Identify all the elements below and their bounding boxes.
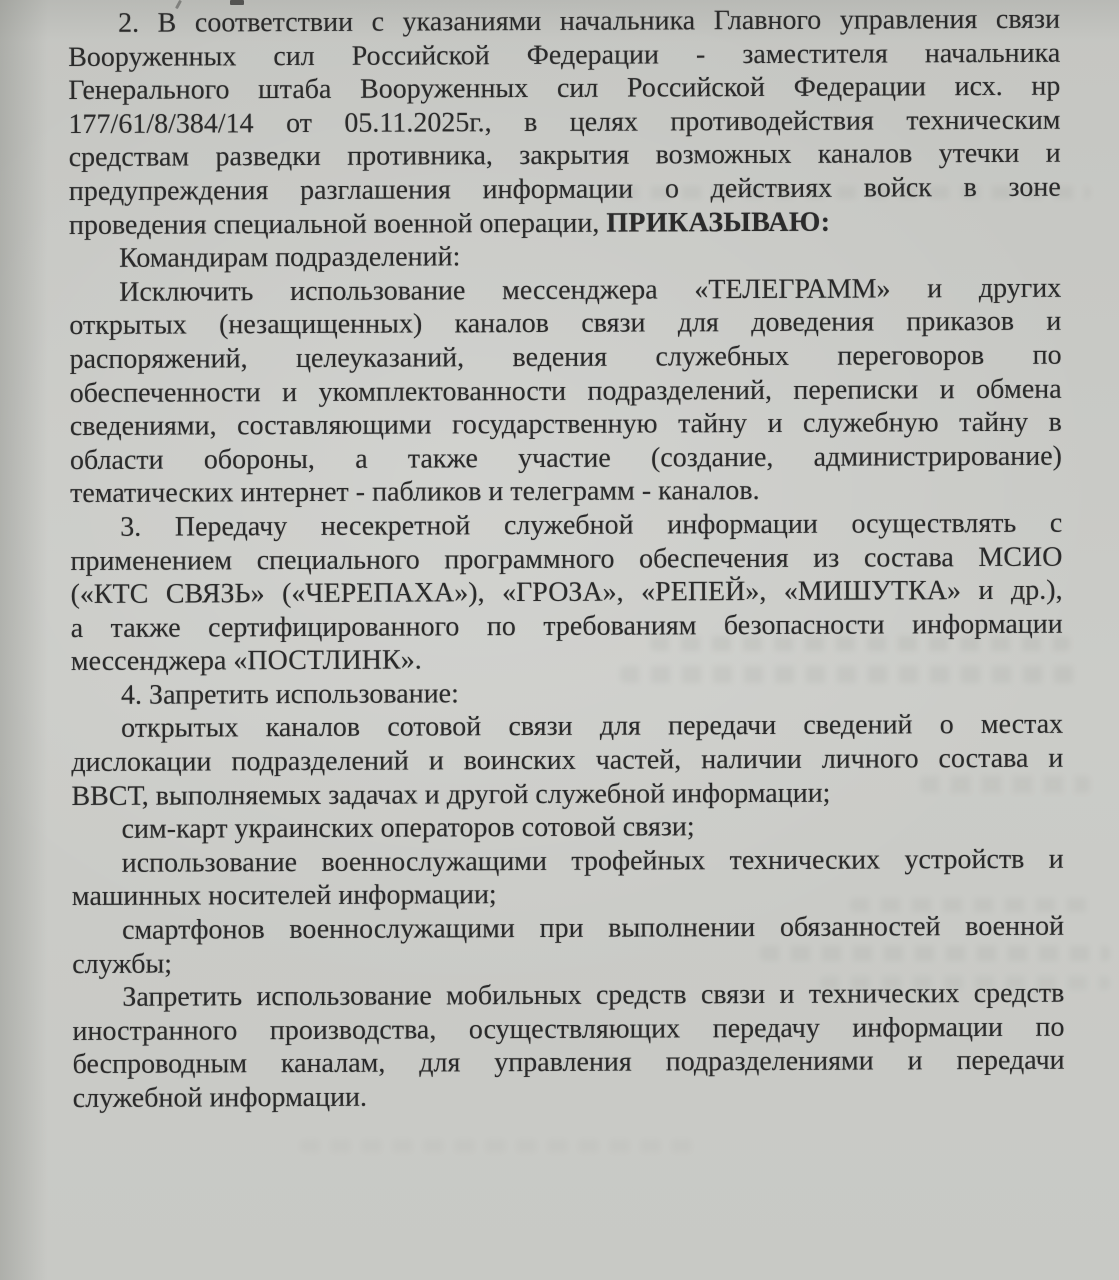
text-line: иностранного производства, осуществляющи… — [72, 1010, 1064, 1048]
text-line: сим-карт украинских операторов сотовой с… — [72, 809, 1064, 847]
text-line: 4. Запретить использование: — [71, 675, 1063, 713]
text-line: Командирам подразделений: — [69, 238, 1061, 276]
text-line: обеспеченности и укомплектованности подр… — [70, 372, 1062, 410]
text-line: служебной информации. — [73, 1078, 1065, 1116]
text-line: открытых (незащищенных) каналов связи дл… — [69, 305, 1061, 343]
text-line: 2. В соответствии с указаниями начальник… — [68, 3, 1060, 41]
text-line: распоряжений, целеуказаний, ведения служ… — [69, 339, 1061, 377]
text-line: Генерального штаба Вооруженных сил Росси… — [68, 70, 1060, 108]
text-line: тематических интернет - пабликов и телег… — [70, 473, 1062, 511]
text-line: мессенджера «ПОСТЛИНК». — [71, 641, 1063, 679]
text-line: дислокации подразделений и воинских част… — [71, 742, 1063, 780]
document-text: 2. В соответствии с указаниями начальник… — [68, 3, 1065, 1116]
text-line: ВВСТ, выполняемых задачах и другой служе… — [71, 775, 1063, 813]
text-line: предупреждения разглашения информации о … — [69, 171, 1061, 209]
text-line: проведения специальной военной операции,… — [69, 204, 1061, 242]
text-line: беспроводным каналам, для управления под… — [73, 1044, 1065, 1082]
text-line: открытых каналов сотовой связи для перед… — [71, 708, 1063, 746]
text-line: применением специального программного об… — [70, 540, 1062, 578]
bleed-through-artifact — [300, 1140, 700, 1152]
text-line: смартфонов военнослужащими при выполнени… — [72, 910, 1064, 948]
scanned-document-page: 2. В соответствии с указаниями начальник… — [0, 0, 1119, 1280]
text-line: средствам разведки противника, закрытия … — [69, 137, 1061, 175]
text-line: Вооруженных сил Российской Федерации - з… — [68, 36, 1060, 74]
text-line: области обороны, а также участие (создан… — [70, 439, 1062, 477]
text-line: службы; — [72, 943, 1064, 981]
text-segment: проведения специальной военной операции, — [69, 207, 606, 240]
text-line: а также сертифицированного по требования… — [71, 607, 1063, 645]
scan-speck — [230, 0, 244, 5]
text-line: 3. Передачу несекретной служебной информ… — [70, 507, 1062, 545]
text-line: Запретить использование мобильных средст… — [72, 977, 1064, 1015]
bold-text-segment: ПРИКАЗЫВАЮ: — [606, 206, 830, 238]
text-line: («КТС СВЯЗЬ» («ЧЕРЕПАХА»), «ГРОЗА», «РЕП… — [70, 574, 1062, 612]
text-line: машинных носителей информации; — [72, 876, 1064, 914]
text-line: сведениями, составляющими государственну… — [70, 406, 1062, 444]
text-line: Исключить использование мессенджера «ТЕЛ… — [69, 271, 1061, 309]
text-line: использование военнослужащими трофейных … — [72, 843, 1064, 881]
text-line: 177/61/8/384/14 от 05.11.2025г., в целях… — [68, 103, 1060, 141]
